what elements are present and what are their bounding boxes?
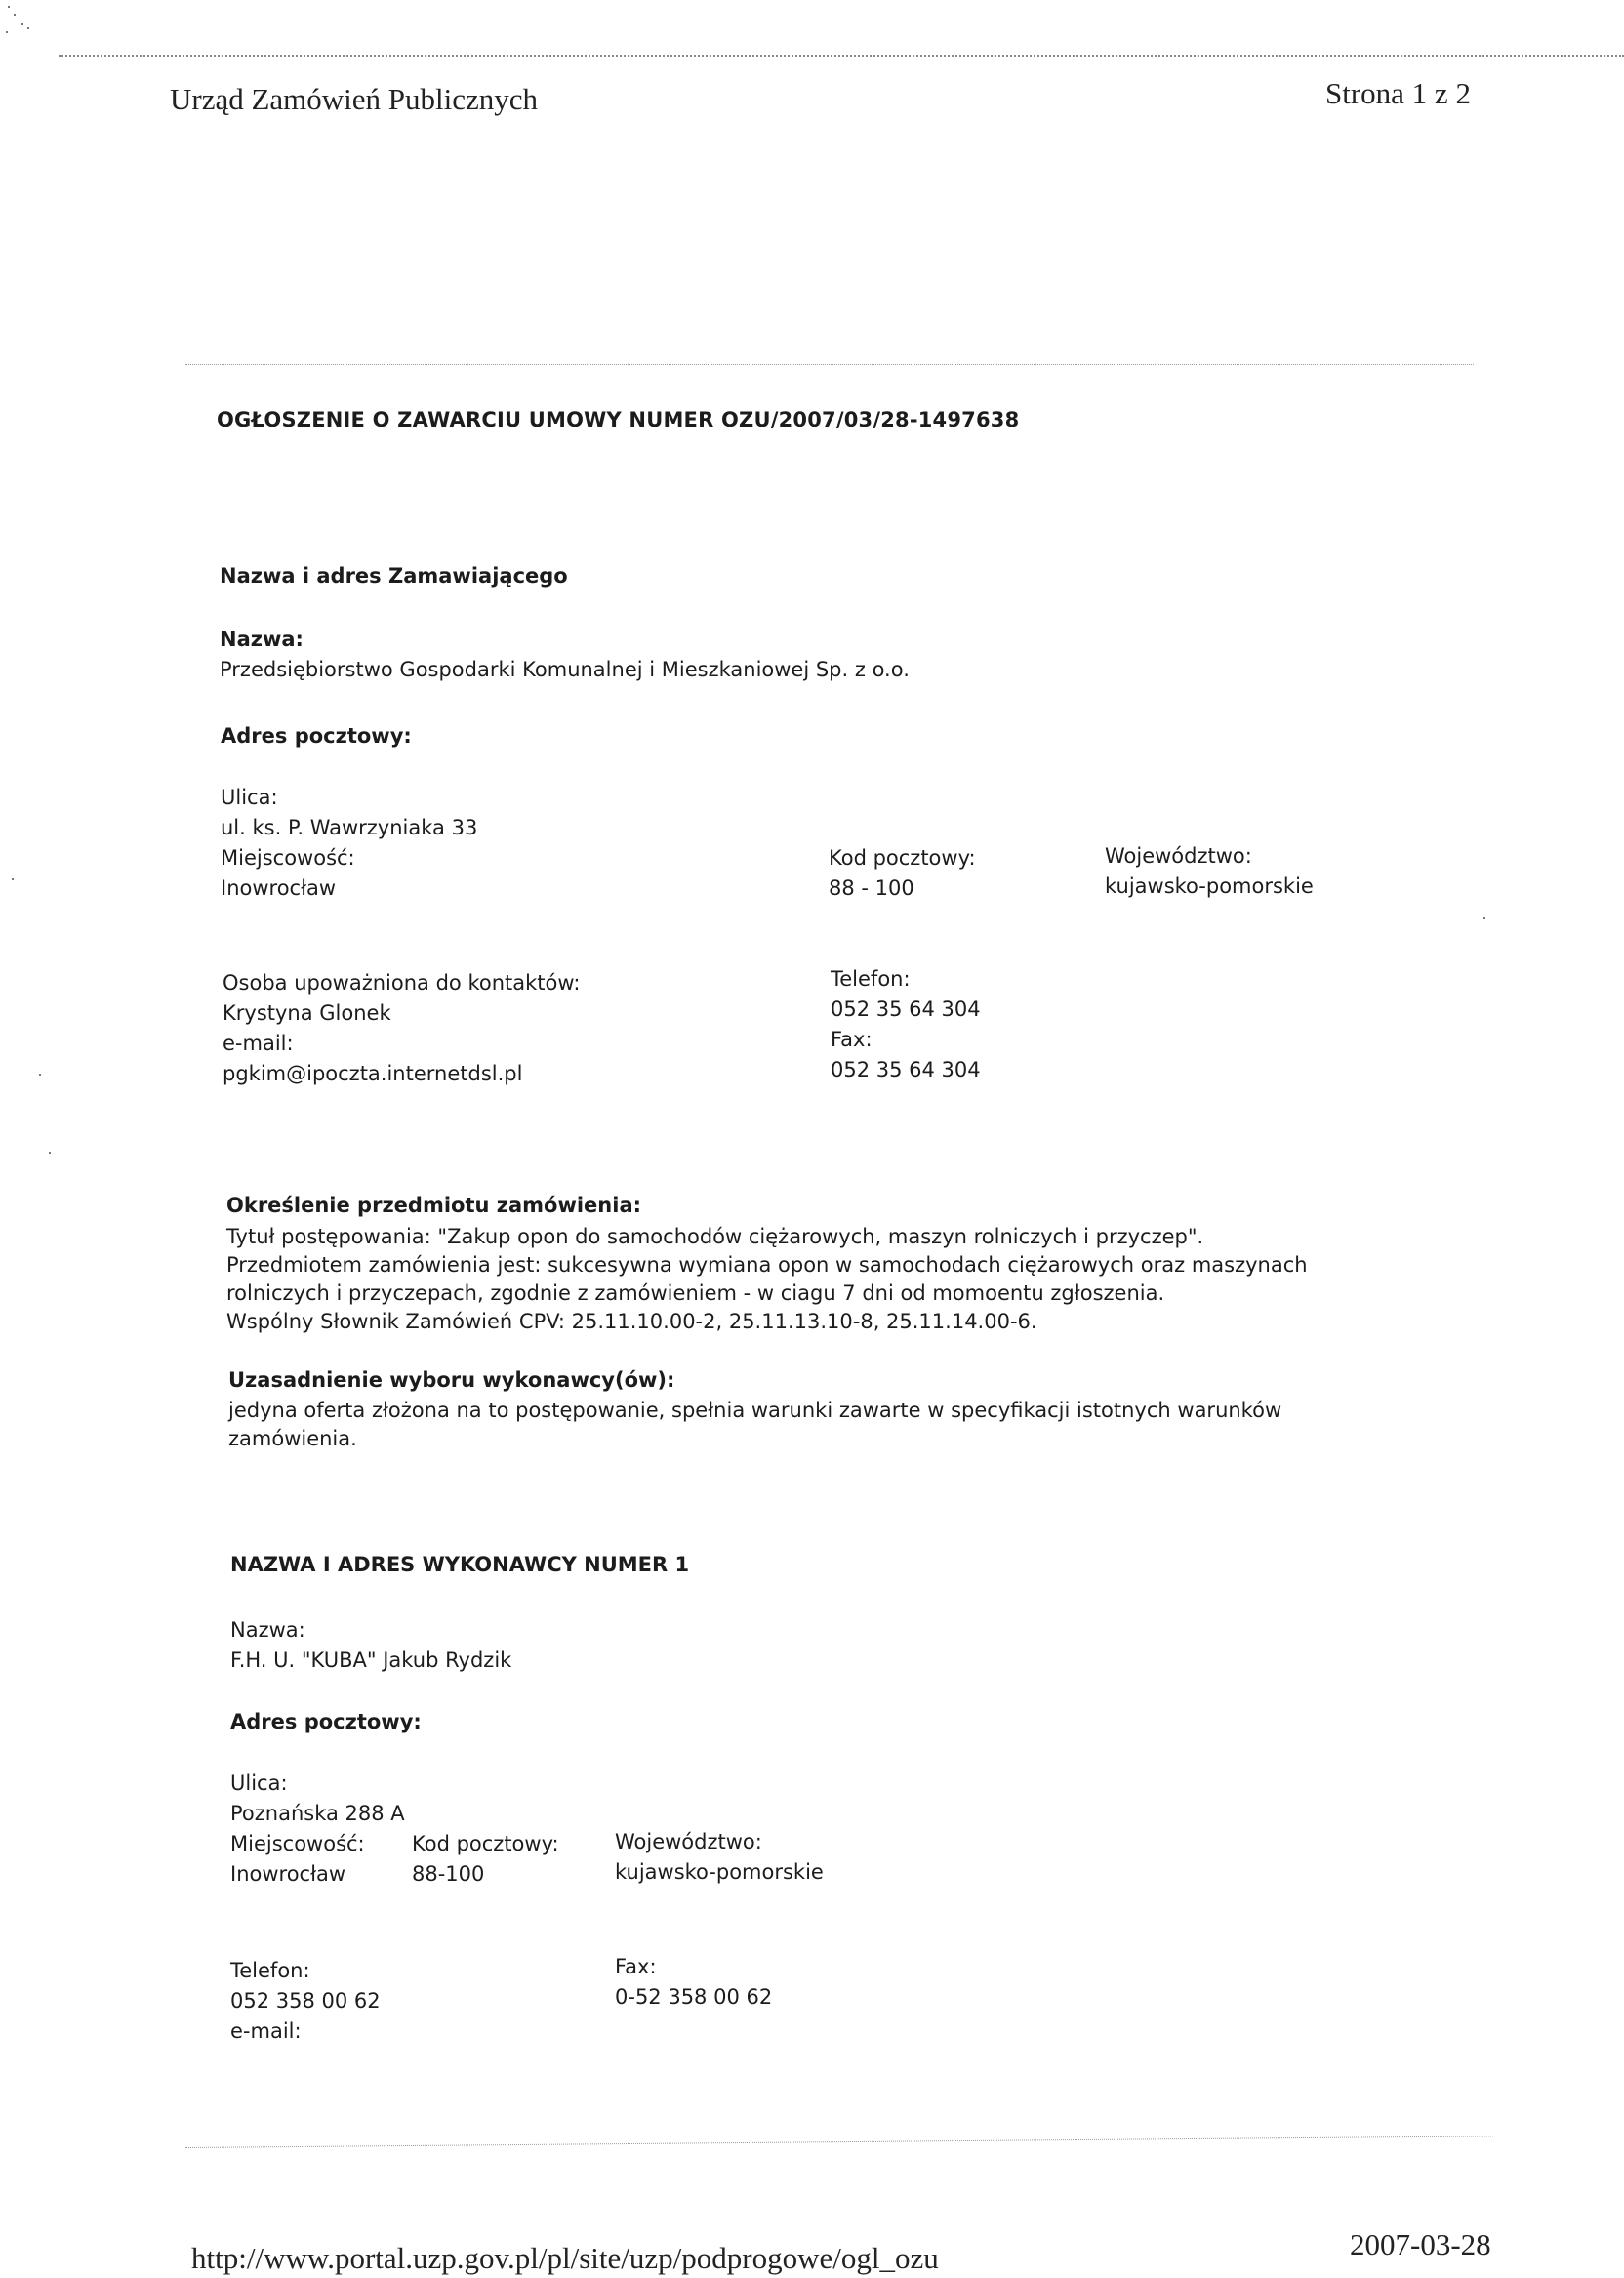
contractor-street-label: Ulica: bbox=[230, 1769, 405, 1799]
authority-address-heading: Adres pocztowy: bbox=[221, 724, 412, 748]
justification-line: jedyna oferta złożona na to postępowanie… bbox=[228, 1397, 1281, 1425]
subject-line: rolniczych i przyczepach, zgodnie z zamó… bbox=[226, 1280, 1308, 1308]
authority-postal-block: Kod pocztowy: 88 - 100 bbox=[829, 843, 976, 904]
justification-heading: Uzasadnienie wyboru wykonawcy(ów): bbox=[228, 1368, 674, 1392]
contractor-address-heading: Adres pocztowy: bbox=[230, 1710, 422, 1733]
authority-phone-fax-block: Telefon: 052 35 64 304 Fax: 052 35 64 30… bbox=[831, 964, 981, 1085]
authority-province-block: Województwo: kujawsko-pomorskie bbox=[1105, 841, 1314, 902]
footer-url[interactable]: http://www.portal.uzp.gov.pl/pl/site/uzp… bbox=[191, 2241, 939, 2276]
contractor-street-block: Ulica: Poznańska 288 A Miejscowość: Inow… bbox=[230, 1769, 405, 1890]
authority-fax-value: 052 35 64 304 bbox=[831, 1055, 981, 1085]
authority-name-block: Nazwa: Przedsiębiorstwo Gospodarki Komun… bbox=[220, 625, 910, 685]
authority-street-city-block: Ulica: ul. ks. P. Wawrzyniaka 33 Miejsco… bbox=[221, 783, 477, 904]
scan-speckle bbox=[8, 6, 10, 8]
contractor-section-title: NAZWA I ADRES WYKONAWCY NUMER 1 bbox=[230, 1553, 689, 1576]
authority-province-label: Województwo: bbox=[1105, 841, 1314, 872]
contractor-phone-value: 052 358 00 62 bbox=[230, 1986, 381, 2016]
authority-contact-label: Osoba upoważniona do kontaktów: bbox=[223, 968, 580, 998]
authority-phone-label: Telefon: bbox=[831, 964, 981, 995]
notice-title: OGŁOSZENIE O ZAWARCIU UMOWY NUMER OZU/20… bbox=[217, 408, 1019, 431]
contractor-fax-label: Fax: bbox=[615, 1952, 772, 1982]
contractor-name-block: Nazwa: F.H. U. "KUBA" Jakub Rydzik bbox=[230, 1615, 511, 1676]
header-organization: Urząd Zamówień Publicznych bbox=[170, 82, 538, 117]
scan-speckle bbox=[12, 878, 14, 880]
divider-top bbox=[185, 364, 1474, 365]
contractor-postal-block: Kod pocztowy: 88-100 bbox=[412, 1829, 559, 1890]
scan-speckle bbox=[6, 31, 8, 33]
subject-text: Tytuł postępowania: "Zakup opon do samoc… bbox=[226, 1223, 1308, 1336]
scan-speckle bbox=[21, 23, 23, 25]
scan-top-rule bbox=[59, 55, 1624, 57]
header-page-indicator: Strona 1 z 2 bbox=[1325, 76, 1471, 111]
divider-bottom bbox=[185, 2136, 1493, 2148]
contractor-fax-block: Fax: 0-52 358 00 62 bbox=[615, 1952, 772, 2013]
justification-line: zamówienia. bbox=[228, 1425, 1281, 1453]
scan-speckle bbox=[14, 14, 16, 16]
scan-speckle bbox=[27, 27, 29, 29]
authority-contact-block: Osoba upoważniona do kontaktów: Krystyna… bbox=[223, 968, 580, 1089]
contractor-phone-label: Telefon: bbox=[230, 1956, 381, 1986]
footer-date: 2007-03-28 bbox=[1350, 2227, 1491, 2262]
authority-postal-value: 88 - 100 bbox=[829, 874, 976, 904]
authority-contact-value: Krystyna Glonek bbox=[223, 998, 580, 1029]
subject-heading: Określenie przedmiotu zamówienia: bbox=[226, 1194, 641, 1217]
contractor-email-label: e-mail: bbox=[230, 2016, 381, 2047]
contractor-name-value: F.H. U. "KUBA" Jakub Rydzik bbox=[230, 1646, 511, 1676]
authority-postal-label: Kod pocztowy: bbox=[829, 843, 976, 874]
scan-speckle bbox=[1483, 917, 1485, 919]
contractor-city-label: Miejscowość: bbox=[230, 1829, 405, 1859]
contractor-city-value: Inowrocław bbox=[230, 1859, 405, 1890]
authority-street-value: ul. ks. P. Wawrzyniaka 33 bbox=[221, 813, 477, 843]
authority-phone-value: 052 35 64 304 bbox=[831, 995, 981, 1025]
contractor-province-block: Województwo: kujawsko-pomorskie bbox=[615, 1827, 824, 1888]
authority-email-label: e-mail: bbox=[223, 1029, 580, 1059]
authority-street-label: Ulica: bbox=[221, 783, 477, 813]
scan-speckle bbox=[49, 1152, 51, 1154]
authority-city-label: Miejscowość: bbox=[221, 843, 477, 874]
authority-city-value: Inowrocław bbox=[221, 874, 477, 904]
contractor-province-value: kujawsko-pomorskie bbox=[615, 1857, 824, 1888]
contractor-name-label: Nazwa: bbox=[230, 1615, 511, 1646]
authority-name-label: Nazwa: bbox=[220, 625, 910, 655]
subject-line: Przedmiotem zamówienia jest: sukcesywna … bbox=[226, 1251, 1308, 1280]
contractor-postal-value: 88-100 bbox=[412, 1859, 559, 1890]
contractor-fax-value: 0-52 358 00 62 bbox=[615, 1982, 772, 2013]
contractor-phone-block: Telefon: 052 358 00 62 e-mail: bbox=[230, 1956, 381, 2047]
authority-name-value: Przedsiębiorstwo Gospodarki Komunalnej i… bbox=[220, 655, 910, 685]
authority-section-title: Nazwa i adres Zamawiającego bbox=[220, 564, 568, 588]
contractor-postal-label: Kod pocztowy: bbox=[412, 1829, 559, 1859]
authority-province-value: kujawsko-pomorskie bbox=[1105, 872, 1314, 902]
justification-text: jedyna oferta złożona na to postępowanie… bbox=[228, 1397, 1281, 1453]
subject-line: Wspólny Słownik Zamówień CPV: 25.11.10.0… bbox=[226, 1308, 1308, 1336]
subject-line: Tytuł postępowania: "Zakup opon do samoc… bbox=[226, 1223, 1308, 1251]
authority-fax-label: Fax: bbox=[831, 1025, 981, 1055]
authority-email-value[interactable]: pgkim@ipoczta.internetdsl.pl bbox=[223, 1059, 580, 1089]
scan-speckle bbox=[39, 1074, 41, 1076]
contractor-street-value: Poznańska 288 A bbox=[230, 1799, 405, 1829]
contractor-province-label: Województwo: bbox=[615, 1827, 824, 1857]
